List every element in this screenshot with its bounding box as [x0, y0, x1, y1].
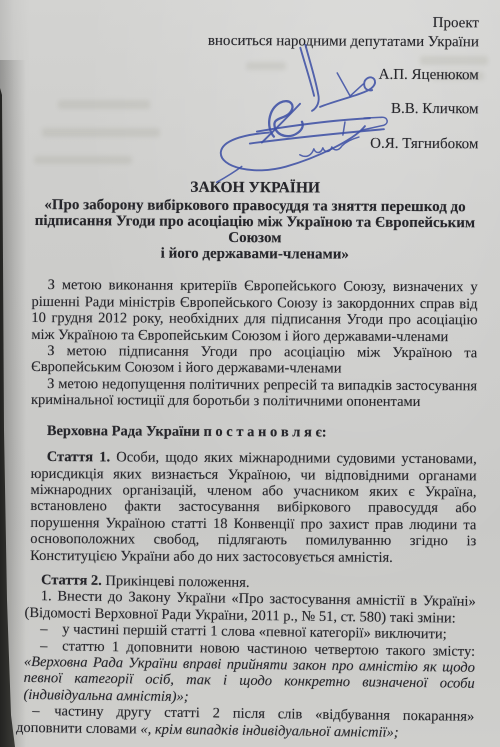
document-photo: Проект вноситься народними депутатами Ук… — [0, 0, 500, 747]
signer-name: О.Я. Тягнибоком — [32, 134, 478, 153]
dash-bullet: – — [40, 621, 62, 638]
amendment-item: –частину другу статті 2 після слів «відб… — [16, 703, 474, 742]
amendment-quote: «Верховна Рада України вправі прийняти з… — [23, 654, 475, 705]
article-2-title: Прикінцеві положення. — [105, 573, 249, 591]
enacting-clause: Верховна Рада України п о с т а н о в л … — [31, 423, 477, 442]
amendment-item: –статтю 1 доповнити новою частиною четве… — [23, 637, 475, 709]
law-title-line: і його державами-членами» — [32, 245, 478, 263]
signer-name: А.П. Яценюком — [33, 65, 479, 84]
preamble-paragraph: З метою виконання критеріїв Європейськог… — [31, 277, 477, 345]
article-1: Стаття 1. Особи, щодо яких міжнародними … — [30, 449, 477, 566]
dash-bullet: – — [32, 703, 54, 720]
draft-label: Проект — [33, 13, 479, 32]
submitted-by-line: вноситься народними депутатами України — [33, 32, 479, 51]
article-2-label: Стаття 2. — [41, 572, 102, 589]
preamble-paragraph: З метою підписання Угоди про асоціацію м… — [31, 343, 477, 378]
law-title-line: підписання Угоди про асоціацію між Украї… — [32, 213, 478, 247]
preamble-paragraph: З метою недопущення політичних репресій … — [31, 376, 477, 411]
law-title: «Про заборону вибіркового правосуддя та … — [32, 197, 478, 263]
dash-bullet: – — [40, 638, 62, 655]
preamble: З метою виконання критеріїв Європейськог… — [31, 277, 478, 411]
article-2-section: Стаття 2. Прикінцеві положення. 1. Внест… — [23, 572, 476, 742]
amendment-quote: «, крім випадків індивідуальної амністії… — [140, 721, 398, 740]
document-page: Проект вноситься народними депутатами Ук… — [0, 0, 500, 738]
article-1-label: Стаття 1. — [47, 449, 110, 465]
article-1-text: Особи, щодо яких міжнародними судовими у… — [30, 449, 477, 565]
law-header: ЗАКОН УКРАЇНИ — [32, 179, 478, 198]
signer-name: В.В. Кличком — [32, 99, 478, 118]
